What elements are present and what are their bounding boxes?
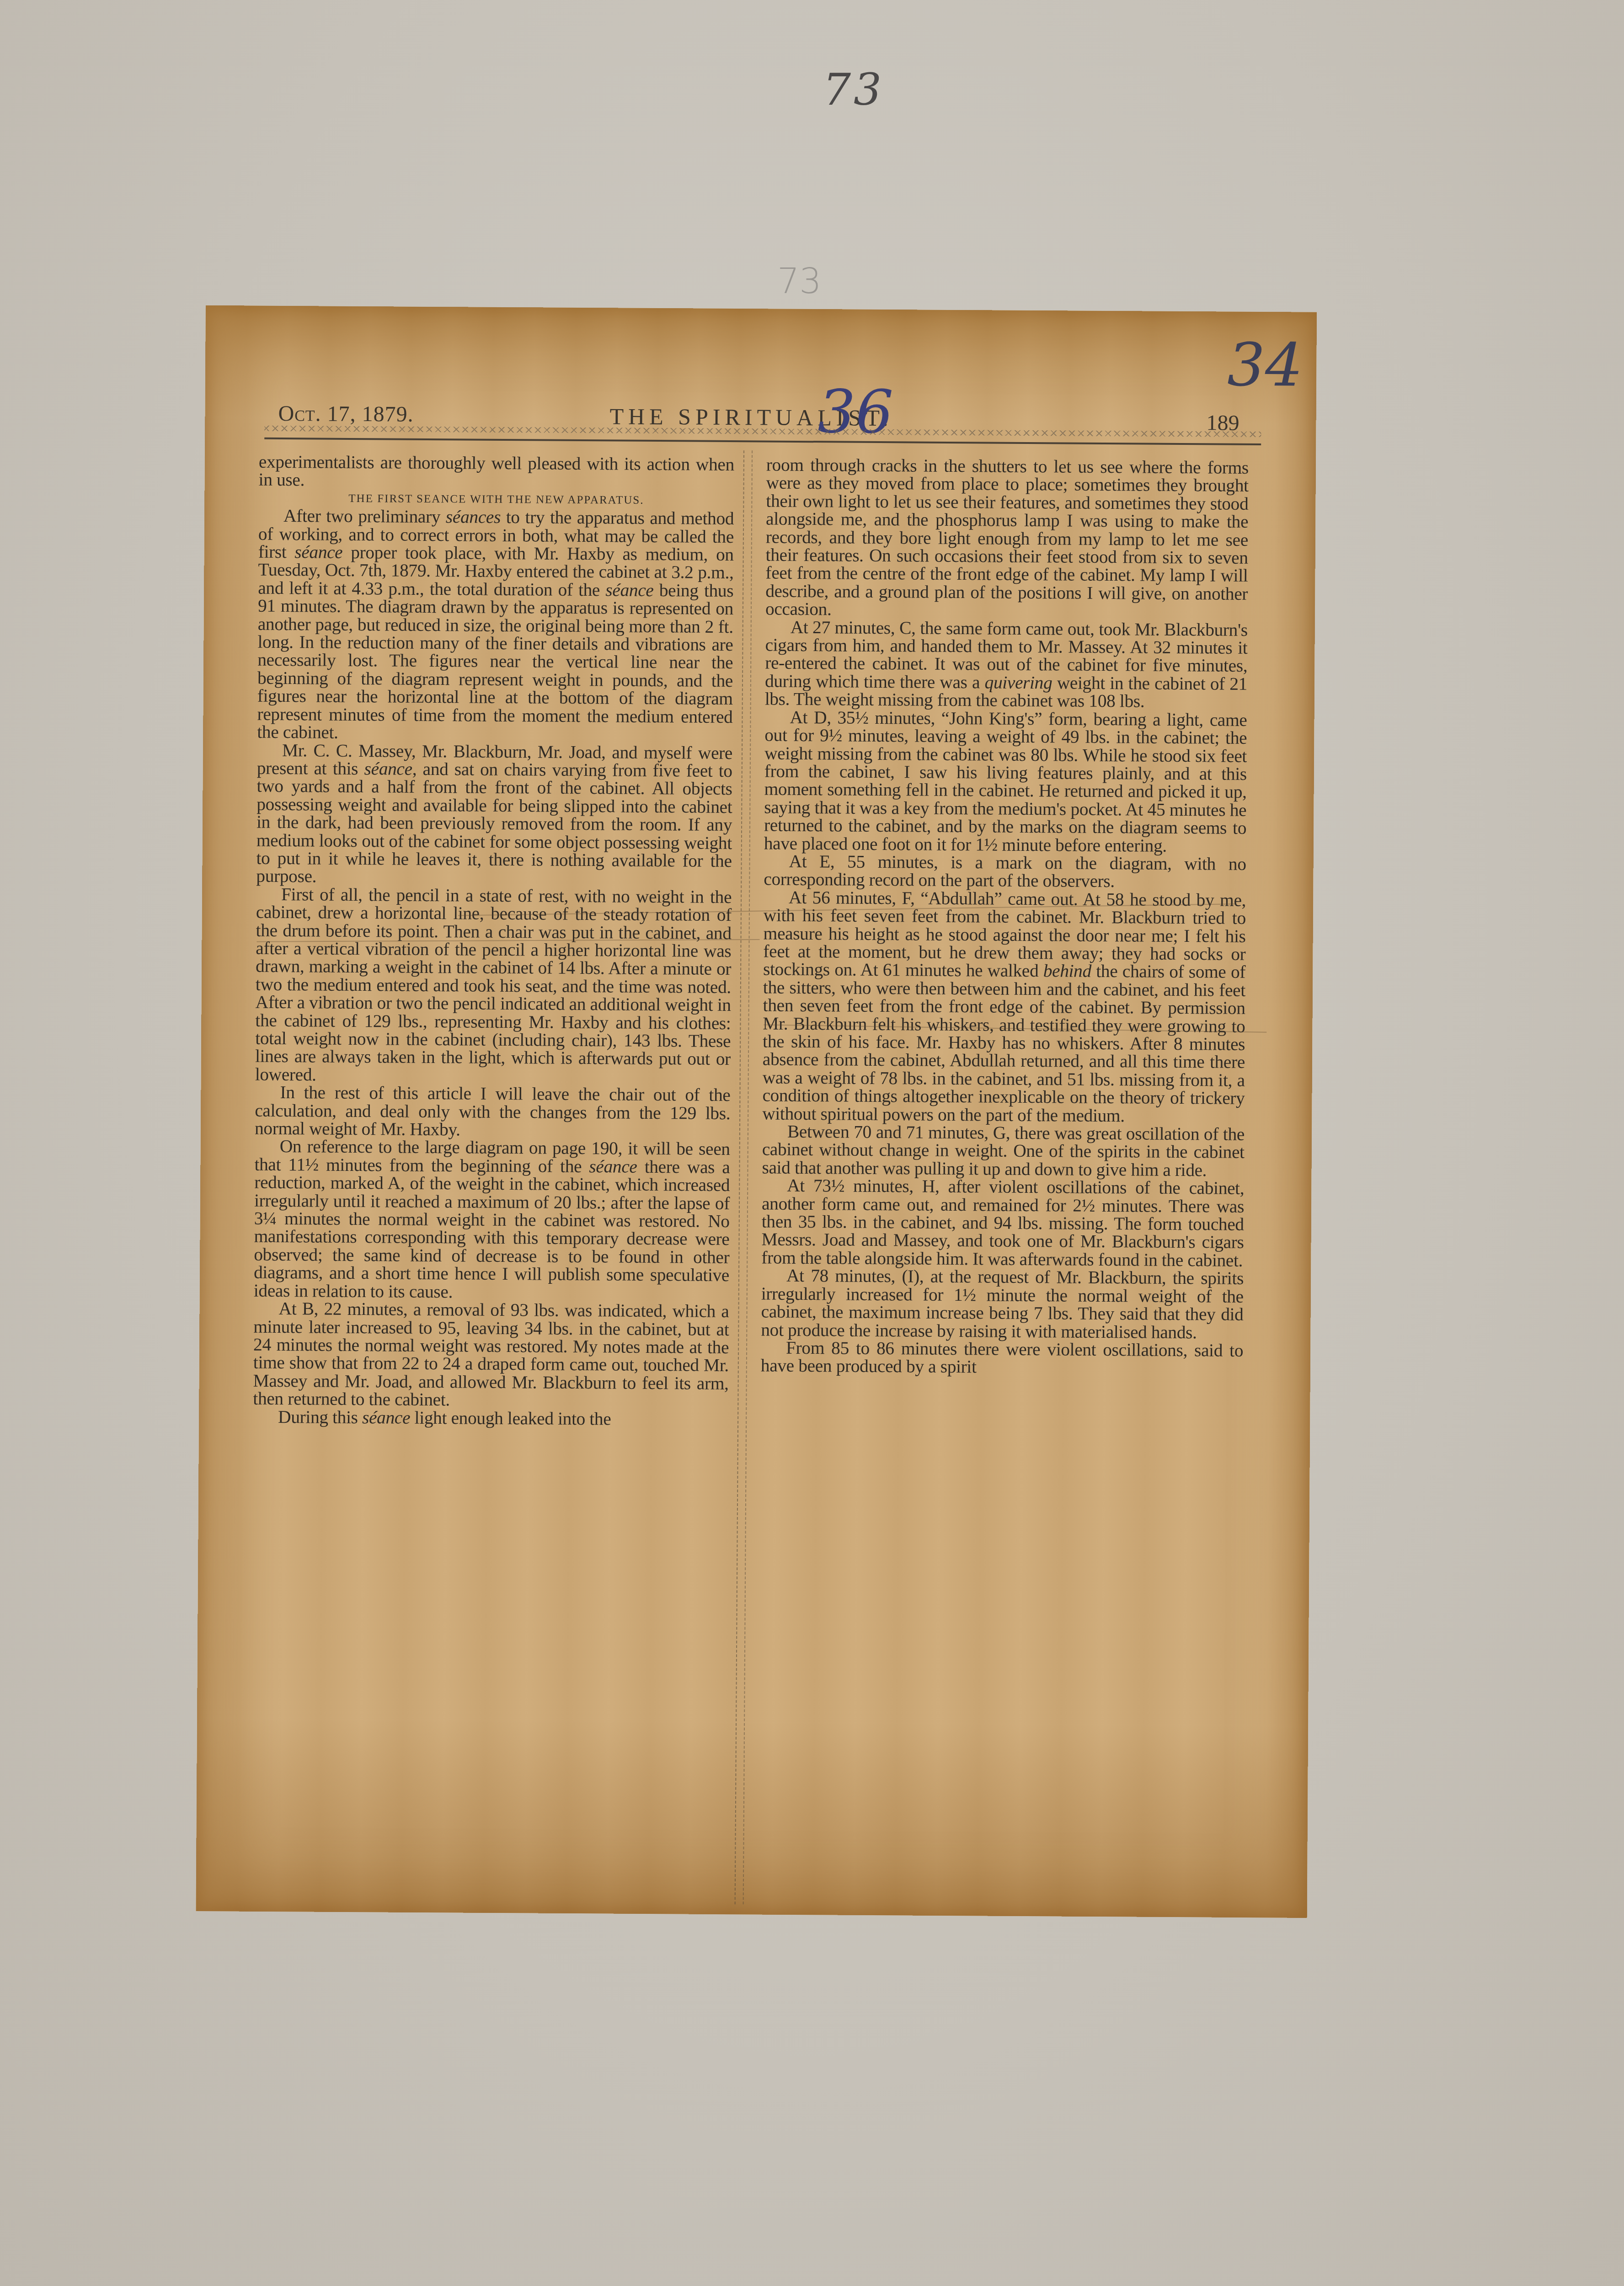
paragraph: At 56 minutes, F, “Abdullah” came out. A… (762, 888, 1246, 1126)
header-rule (264, 438, 1261, 445)
paragraph: Between 70 and 71 minutes, G, there was … (762, 1122, 1245, 1180)
paragraph: At 78 minutes, (I), at the request of Mr… (761, 1267, 1244, 1342)
archive-number-ink: 73 (823, 64, 884, 115)
paragraph: After two preliminary séances to try the… (257, 507, 734, 744)
paragraph: From 85 to 86 minutes there were violent… (761, 1339, 1243, 1378)
folio-number-handwritten: 34 (1227, 330, 1303, 400)
newspaper-clipping: 34 Oct. 17, 1879. THE SPIRITUALIST. 36 1… (196, 305, 1317, 1918)
paragraph: During this séance light enough leaked i… (253, 1408, 728, 1429)
paragraph: At 27 minutes, C, the same form came out… (765, 618, 1248, 711)
paragraph: First of all, the pencil in a state of r… (255, 885, 732, 1086)
archive-number-pencil: 73 (777, 261, 822, 301)
paragraph: experimentalists are thoroughly well ple… (259, 453, 734, 492)
paragraph: Mr. C. C. Massey, Mr. Blackburn, Mr. Joa… (256, 741, 732, 888)
column-divider (735, 450, 753, 1904)
sheet-number-handwritten: 36 (817, 377, 893, 447)
issue-date: Oct. 17, 1879. (278, 401, 413, 427)
paragraph: At E, 55 minutes, is a mark on the diagr… (764, 852, 1246, 891)
paragraph: At 73½ minutes, H, after violent oscilla… (761, 1177, 1244, 1270)
paragraph: At D, 35½ minutes, “John King's” form, b… (764, 708, 1247, 855)
paragraph: room through cracks in the shutters to l… (765, 456, 1249, 621)
paragraph: At B, 22 minutes, a removal of 93 lbs. w… (253, 1300, 729, 1411)
paragraph: On reference to the large diagram on pag… (254, 1138, 730, 1303)
right-column: room through cracks in the shutters to l… (761, 456, 1249, 1378)
paragraph: In the rest of this article I will leave… (255, 1084, 731, 1141)
masthead: Oct. 17, 1879. THE SPIRITUALIST. 36 189 (205, 387, 1316, 430)
